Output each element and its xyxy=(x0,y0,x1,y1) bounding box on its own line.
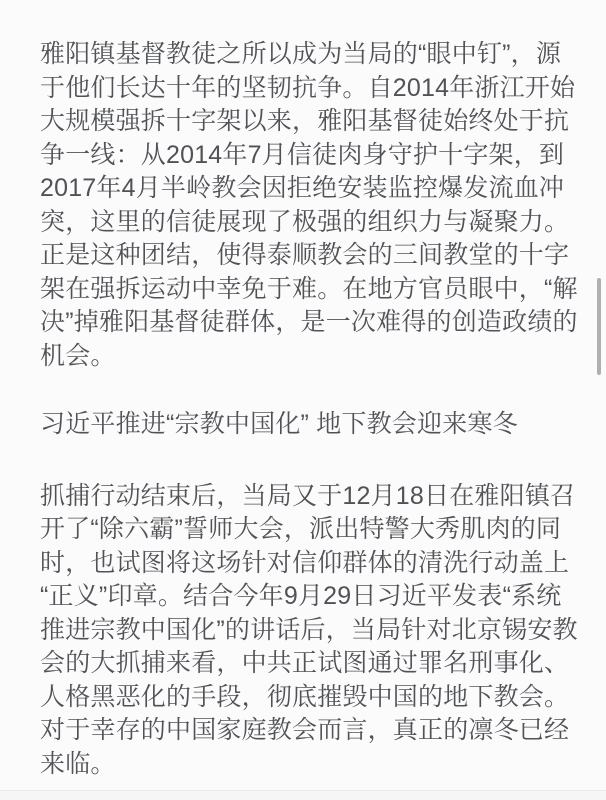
text-line: 决”掉雅阳基督徒群体，是一次难得的创造政绩的 xyxy=(40,306,580,340)
text-line: 架在强拆运动中幸免于难。在地方官员眼中，“解 xyxy=(40,273,580,307)
text-line: 推进宗教中国化”的讲话后，当局针对北京锡安教 xyxy=(40,614,580,648)
section-heading: 习近平推进“宗教中国化” 地下教会迎来寒冬 xyxy=(40,408,580,442)
text-line: 机会。 xyxy=(40,340,580,374)
paragraph-1: 雅阳镇基督教徒之所以成为当局的“眼中钉”，源于他们长达十年的坚韧抗争。自2014… xyxy=(40,38,580,373)
text-line: 争一线：从2014年7月信徒肉身守护十字架，到 xyxy=(40,139,580,173)
article-page: 雅阳镇基督教徒之所以成为当局的“眼中钉”，源于他们长达十年的坚韧抗争。自2014… xyxy=(0,0,606,800)
text-line: 开了“除六霸”誓师大会，派出特警大秀肌肉的同 xyxy=(40,513,580,547)
text-line: 突，这里的信徒展现了极强的组织力与凝聚力。 xyxy=(40,206,580,240)
text-line: 雅阳镇基督教徒之所以成为当局的“眼中钉”，源 xyxy=(40,38,580,72)
text-line: 2017年4月半岭教会因拒绝安装监控爆发流血冲 xyxy=(40,172,580,206)
text-line: 来临。 xyxy=(40,748,580,782)
article-body: 雅阳镇基督教徒之所以成为当局的“眼中钉”，源于他们长达十年的坚韧抗争。自2014… xyxy=(40,38,580,781)
text-line: 人格黑恶化的手段，彻底摧毁中国的地下教会。 xyxy=(40,681,580,715)
text-line: 大规模强拆十字架以来，雅阳基督徒始终处于抗 xyxy=(40,105,580,139)
section-heading-block: 习近平推进“宗教中国化” 地下教会迎来寒冬 xyxy=(40,408,580,442)
text-line: 时，也试图将这场针对信仰群体的清洗行动盖上 xyxy=(40,547,580,581)
bottom-bar-edge xyxy=(0,790,606,800)
text-line: 会的大抓捕来看，中共正试图通过罪名刑事化、 xyxy=(40,647,580,681)
text-line: 抓捕行动结束后，当局又于12月18日在雅阳镇召 xyxy=(40,480,580,514)
text-line: 正是这种团结，使得泰顺教会的三间教堂的十字 xyxy=(40,239,580,273)
paragraph-2: 抓捕行动结束后，当局又于12月18日在雅阳镇召开了“除六霸”誓师大会，派出特警大… xyxy=(40,480,580,782)
text-line: 于他们长达十年的坚韧抗争。自2014年浙江开始 xyxy=(40,72,580,106)
scrollbar-thumb[interactable] xyxy=(597,278,601,375)
text-line: 对于幸存的中国家庭教会而言，真正的凛冬已经 xyxy=(40,714,580,748)
text-line: “正义”印章。结合今年9月29日习近平发表“系统 xyxy=(40,580,580,614)
